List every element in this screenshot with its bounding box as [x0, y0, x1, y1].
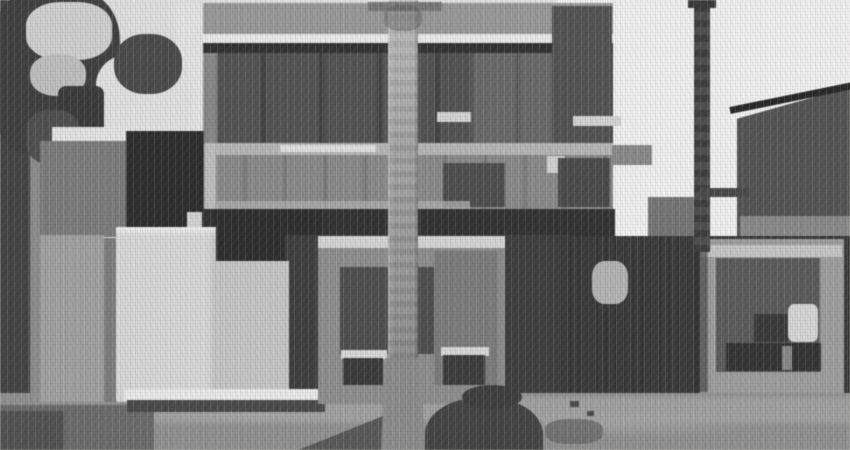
meter-box [343, 358, 383, 385]
meter-box [443, 355, 485, 385]
house-left-edge [203, 53, 217, 145]
balcony-rail-highlight [280, 145, 376, 152]
wall-base-shadow [127, 400, 325, 412]
balcony-left-edge [202, 143, 216, 212]
left-wall [40, 141, 132, 237]
window-sill-highlight [573, 116, 621, 126]
thin-pole [694, 0, 710, 252]
front-wall-bright-section [116, 227, 216, 402]
thin-pole-cap [688, 0, 716, 8]
tree-foliage [114, 34, 182, 94]
pole-base [381, 358, 425, 450]
debris-mound-top [462, 385, 522, 409]
fence-top-section [648, 197, 696, 241]
front-wall-right-section [213, 261, 289, 395]
right-gate-top-band [702, 245, 842, 257]
thin-pole-lower [696, 252, 708, 392]
sky-hole [26, 2, 112, 60]
right-gate-box-row [726, 343, 821, 371]
scanned-photo [0, 0, 850, 450]
photo-paint-layer [0, 0, 850, 450]
street-speckle [570, 401, 579, 407]
street-speckle [587, 411, 594, 416]
window-sill-highlight [437, 112, 471, 122]
center-gate-panel [340, 267, 434, 354]
fence-light-patch [592, 261, 628, 304]
street-corner-shadow [0, 411, 64, 450]
balcony-base-highlight [215, 201, 470, 209]
front-wall-gray-section [40, 235, 104, 402]
balcony-right-extension [612, 145, 652, 165]
right-gate-white-patch [788, 304, 818, 342]
debris-bits [545, 419, 603, 444]
right-gate-box-gap [782, 346, 792, 370]
pole-top-smudge [384, 5, 422, 31]
right-gate-box [754, 314, 788, 342]
balcony-opening [558, 158, 610, 207]
power-line [700, 188, 750, 197]
